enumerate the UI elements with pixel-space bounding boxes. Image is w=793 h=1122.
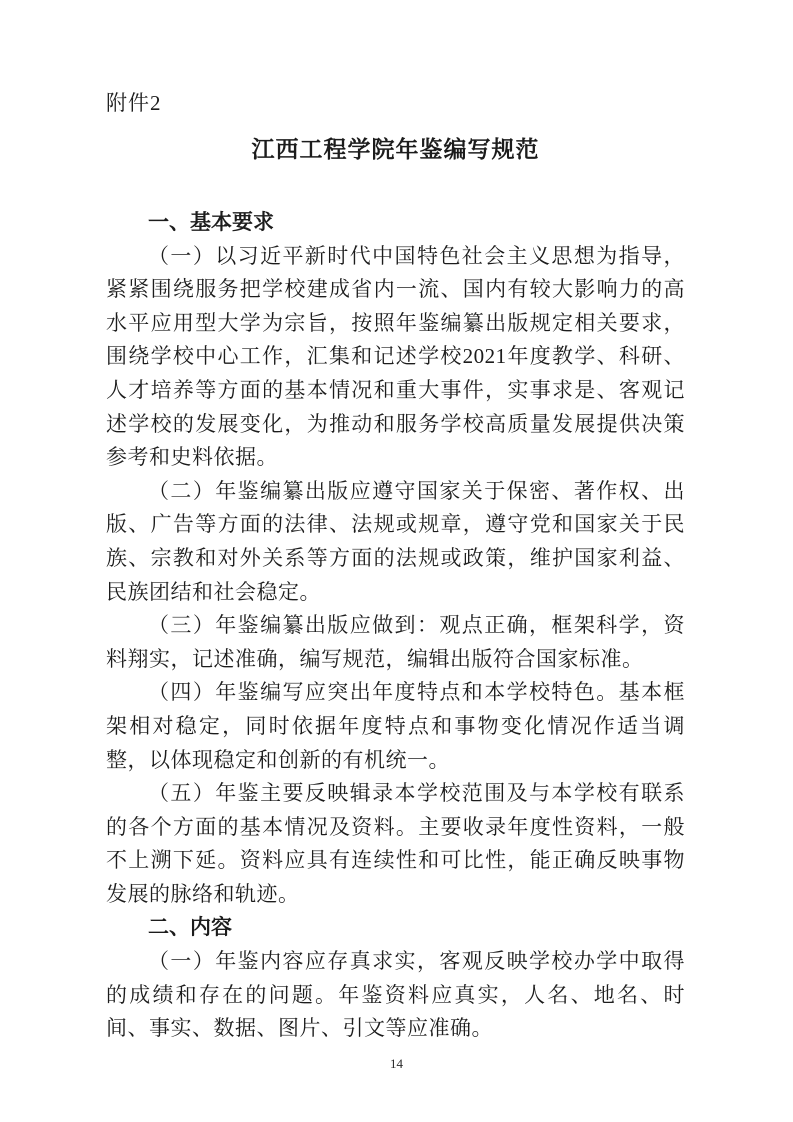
section-heading-content: 二、内容 <box>106 911 685 945</box>
paragraph-basic-1: （一）以习近平新时代中国特色社会主义思想为指导，紧紧围绕服务把学校建成省内一流、… <box>106 240 685 475</box>
page-number: 14 <box>0 1056 793 1072</box>
section-heading-basic-requirements: 一、基本要求 <box>106 206 685 240</box>
attachment-label: 附件2 <box>106 88 685 118</box>
paragraph-basic-5: （五）年鉴主要反映辑录本学校范围及与本学校有联系的各个方面的基本情况及资料。主要… <box>106 777 685 911</box>
document-page: 附件2 江西工程学院年鉴编写规范 一、基本要求 （一）以习近平新时代中国特色社会… <box>0 0 793 1122</box>
paragraph-basic-2: （二）年鉴编纂出版应遵守国家关于保密、著作权、出版、广告等方面的法律、法规或规章… <box>106 475 685 609</box>
paragraph-basic-4: （四）年鉴编写应突出年度特点和本学校特色。基本框架相对稳定，同时依据年度特点和事… <box>106 676 685 777</box>
paragraph-content-1: （一）年鉴内容应存真求实，客观反映学校办学中取得的成绩和存在的问题。年鉴资料应真… <box>106 945 685 1046</box>
document-title: 江西工程学院年鉴编写规范 <box>106 133 685 165</box>
paragraph-basic-3: （三）年鉴编纂出版应做到：观点正确，框架科学，资料翔实，记述准确，编写规范，编辑… <box>106 609 685 676</box>
document-body: 一、基本要求 （一）以习近平新时代中国特色社会主义思想为指导，紧紧围绕服务把学校… <box>106 206 685 1046</box>
document-content: 附件2 江西工程学院年鉴编写规范 一、基本要求 （一）以习近平新时代中国特色社会… <box>0 0 793 1046</box>
